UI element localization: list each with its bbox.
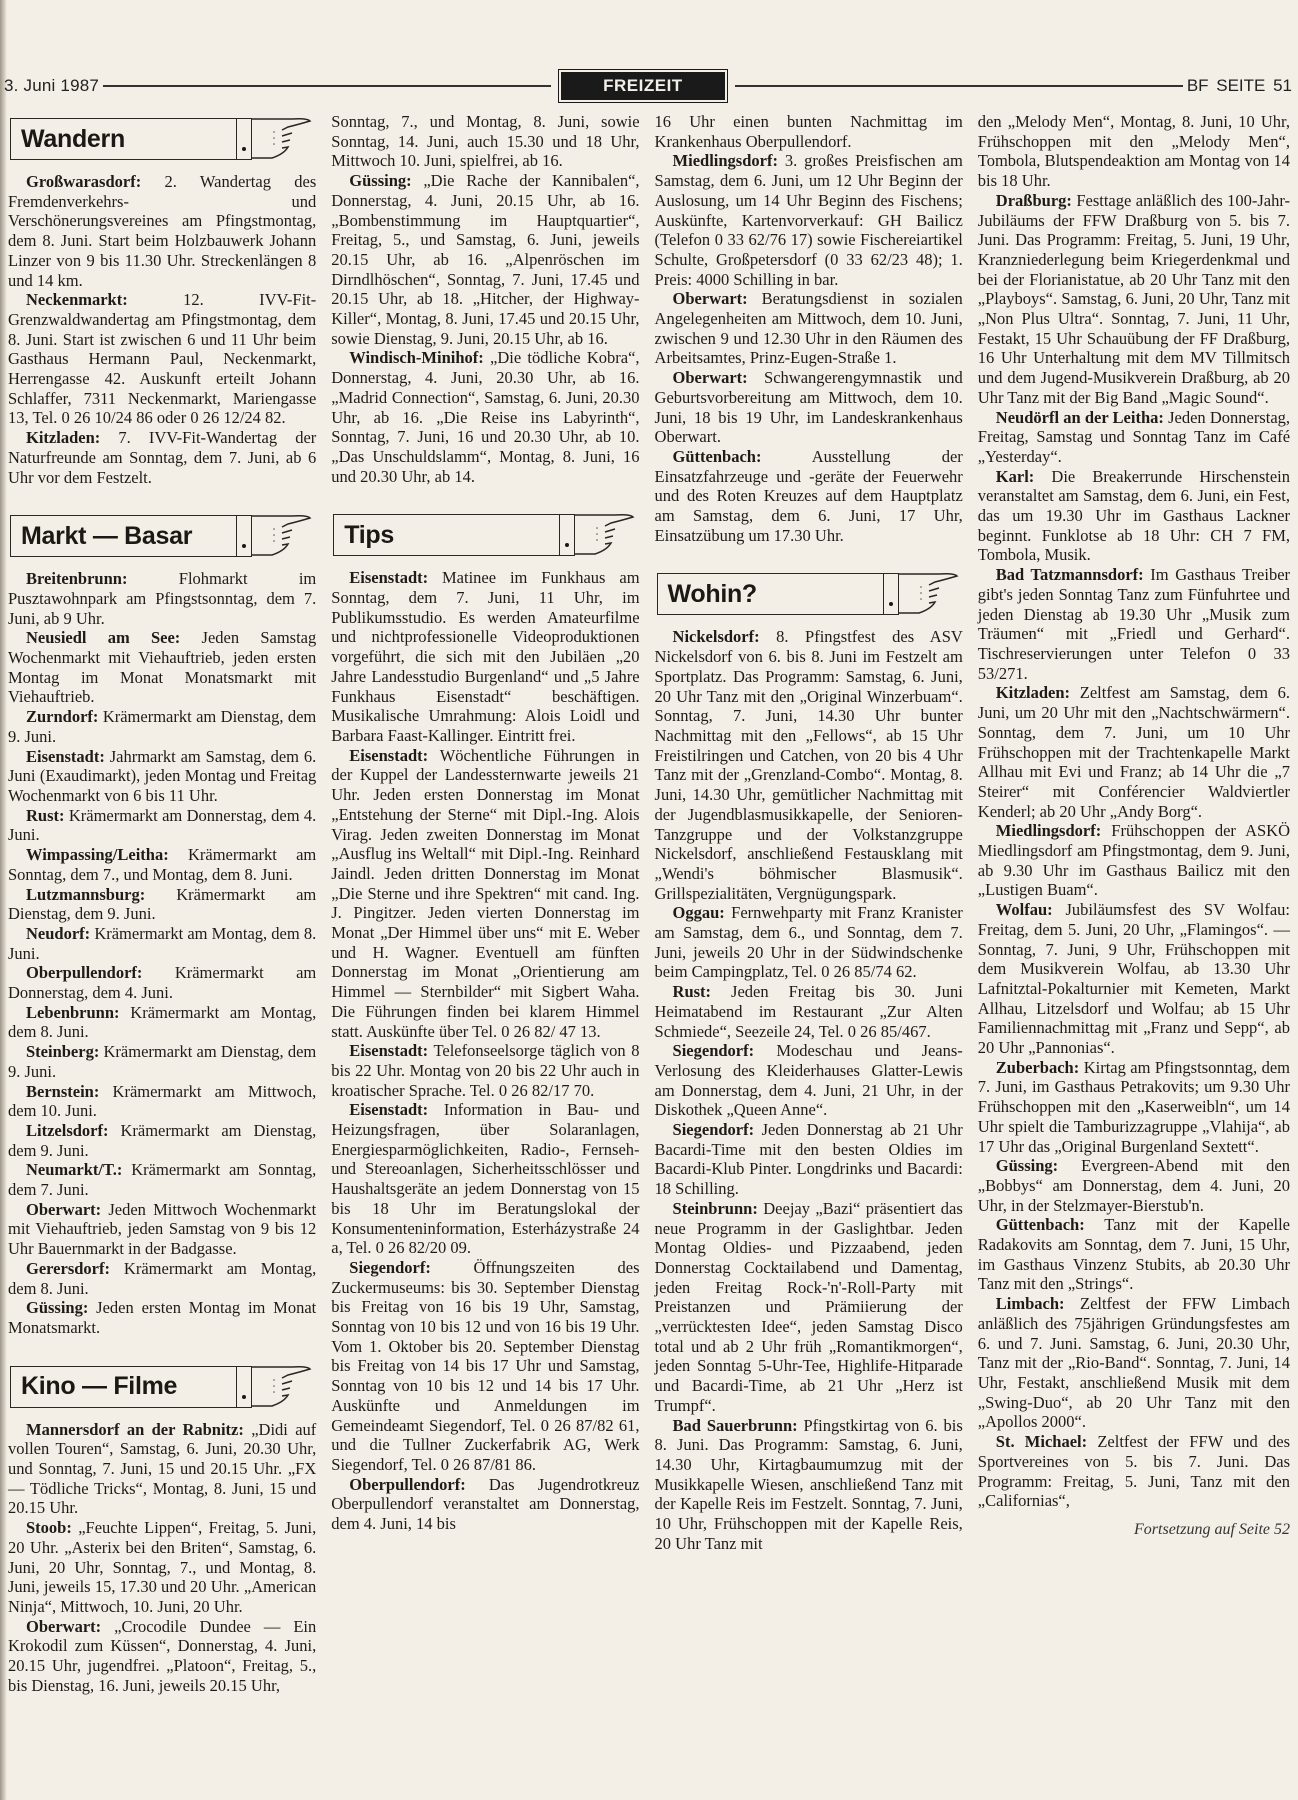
listing-place: Kitzladen: xyxy=(996,683,1070,702)
listing: Neudorf: Krämermarkt am Montag, dem 8. J… xyxy=(8,924,316,963)
listing: Oggau: Fernwehparty mit Franz Kranister … xyxy=(655,903,963,982)
listing-place: Zuberbach: xyxy=(996,1058,1079,1077)
listing: Siegendorf: Jeden Donnerstag ab 21 Uhr B… xyxy=(655,1120,963,1199)
listing: Oberpullendorf: Krämermarkt am Donnersta… xyxy=(8,963,316,1002)
listing-place: Güttenbach: xyxy=(673,447,762,466)
listing-place: Neudörfl an der Leitha: xyxy=(996,408,1164,427)
section-title: Wohin? xyxy=(657,573,883,615)
markt-list: Breitenbrunn: Flohmarkt im Pusztawohnpar… xyxy=(8,569,316,1337)
listing-text: Zeltfest am Samstag, dem 6. Juni, um 20 … xyxy=(978,683,1290,820)
listing: Eisenstadt: Matinee im Funkhaus am Sonnt… xyxy=(331,568,639,745)
listing-place: Eisenstadt: xyxy=(349,1100,428,1119)
spacer xyxy=(8,1338,316,1360)
section-header-wohin: Wohin? xyxy=(657,573,963,615)
listing-text: Pfingstkirtag von 6. bis 8. Juni. Das Pr… xyxy=(655,1416,963,1553)
listing-place: Güttenbach: xyxy=(996,1215,1085,1234)
finger-box xyxy=(236,1366,252,1408)
listing: Lebenbrunn: Krämermarkt am Montag, dem 8… xyxy=(8,1003,316,1042)
section-title: Markt — Basar xyxy=(10,515,236,557)
listing: Karl: Die Breakerrunde Hirschenstein ver… xyxy=(978,467,1290,566)
listing: Oberwart: Jeden Mittwoch Wochenmarkt mit… xyxy=(8,1200,316,1259)
listing-continuation: Sonntag, 7., und Montag, 8. Juni, sowie … xyxy=(331,112,639,171)
listing-place: Windisch-Minihof: xyxy=(349,348,483,367)
spacer xyxy=(331,486,639,508)
listing-place: Oberpullendorf: xyxy=(26,963,142,982)
listing: Zurndorf: Krämermarkt am Dienstag, dem 9… xyxy=(8,707,316,746)
listing-place: Bad Sauerbrunn: xyxy=(673,1416,798,1435)
listing-place: Miedlingsdorf: xyxy=(673,151,778,170)
column-4: den „Melody Men“, Montag, 8. Juni, 10 Uh… xyxy=(978,112,1290,1696)
article-columns: Wandern Großwarasdorf: 2. Wandertag des … xyxy=(8,112,1290,1696)
header-rule xyxy=(735,85,1183,87)
header-rule xyxy=(103,85,551,87)
issue-date: 3. Juni 1987 xyxy=(4,76,99,96)
listing: Neusiedl am See: Jeden Samstag Wochenmar… xyxy=(8,628,316,707)
listing: Mannersdorf an der Rabnitz: „Didi auf vo… xyxy=(8,1420,316,1519)
listing: Kitzladen: Zeltfest am Samstag, dem 6. J… xyxy=(978,683,1290,821)
listing-place: Lutzmannsburg: xyxy=(26,885,145,904)
listing: Güttenbach: Ausstellung der Einsatzfahrz… xyxy=(655,447,963,546)
listing-place: Oberwart: xyxy=(673,368,748,387)
listing: Wolfau: Jubiläumsfest des SV Wolfau: Fre… xyxy=(978,900,1290,1058)
listing-place: Güssing: xyxy=(349,171,411,190)
listing-text: „Die tödliche Kobra“, Donnerstag, 4. Jun… xyxy=(331,348,639,485)
listing-text: Öffnungszeiten des Zuckermuseums: bis 30… xyxy=(331,1258,639,1474)
listing-place: Kitzladen: xyxy=(26,428,100,447)
listing: Steinbrunn: Deejay „Bazi“ präsentiert da… xyxy=(655,1199,963,1416)
page-header: 3. Juni 1987 FREIZEIT BF SEITE 51 xyxy=(4,72,1292,100)
listing: Nickelsdorf: 8. Pfingstfest des ASV Nick… xyxy=(655,627,963,903)
listing-place: Litzelsdorf: xyxy=(26,1121,108,1140)
listing: Rust: Jeden Freitag bis 30. Juni Heimata… xyxy=(655,982,963,1041)
column-3: 16 Uhr einen bunten Nachmittag im Kranke… xyxy=(655,112,963,1696)
kino-list: Mannersdorf an der Rabnitz: „Didi auf vo… xyxy=(8,1420,316,1696)
listing: Eisenstadt: Information in Bau- und Heiz… xyxy=(331,1100,639,1258)
listing-place: Karl: xyxy=(996,467,1035,486)
column-1: Wandern Großwarasdorf: 2. Wandertag des … xyxy=(8,112,316,1696)
listing: Bernstein: Krämermarkt am Mittwoch, dem … xyxy=(8,1082,316,1121)
listing: Großwarasdorf: 2. Wandertag des Fremdenv… xyxy=(8,172,316,290)
listing: Eisenstadt: Wöchentliche Führungen in de… xyxy=(331,746,639,1042)
listing-continuation: den „Melody Men“, Montag, 8. Juni, 10 Uh… xyxy=(978,112,1290,191)
listing: Bad Tatzmannsdorf: Im Gasthaus Treiber g… xyxy=(978,565,1290,683)
section-header-kino: Kino — Filme xyxy=(10,1366,316,1408)
listing: Oberwart: „Crocodile Dundee — Ein Krokod… xyxy=(8,1617,316,1696)
listing-place: Siegendorf: xyxy=(673,1041,755,1060)
listing: Siegendorf: Modeschau und Jeans-Verlosun… xyxy=(655,1041,963,1120)
listing-place: Miedlingsdorf: xyxy=(996,821,1101,840)
listing-text: „Die Rache der Kannibalen“, Donnerstag, … xyxy=(331,171,639,348)
listing: Oberwart: Beratungsdienst in sozialen An… xyxy=(655,289,963,368)
listing-place: Oggau: xyxy=(673,903,725,922)
listing-place: Gerersdorf: xyxy=(26,1259,110,1278)
listing-place: Güssing: xyxy=(996,1156,1058,1175)
listing-text: Zeltfest der FFW Limbach anläßlich des 7… xyxy=(978,1294,1290,1431)
listing: Güttenbach: Tanz mit der Kapelle Radakov… xyxy=(978,1215,1290,1294)
listing-text: 3. großes Preisfischen am Samstag, dem 6… xyxy=(655,151,963,288)
listing-place: Mannersdorf an der Rabnitz: xyxy=(26,1420,244,1439)
listing-place: Siegendorf: xyxy=(673,1120,755,1139)
spacer xyxy=(655,545,963,567)
listing-place: Bad Tatzmannsdorf: xyxy=(996,565,1144,584)
listing: Zuberbach: Kirtag am Pfingstsonntag, dem… xyxy=(978,1058,1290,1157)
listing: Eisenstadt: Jahrmarkt am Samstag, dem 6.… xyxy=(8,747,316,806)
tips-list: Eisenstadt: Matinee im Funkhaus am Sonnt… xyxy=(331,568,639,1533)
listing-place: Wimpassing/Leitha: xyxy=(26,845,169,864)
listing: Lutzmannsburg: Krämermarkt am Dienstag, … xyxy=(8,885,316,924)
listing-place: Neudorf: xyxy=(26,924,90,943)
listing-place: Rust: xyxy=(673,982,712,1001)
listing: Limbach: Zeltfest der FFW Limbach anläßl… xyxy=(978,1294,1290,1432)
section-header-tips: Tips xyxy=(333,514,639,556)
pointing-hand-icon xyxy=(899,573,959,615)
listing-place: St. Michael: xyxy=(996,1432,1087,1451)
wohin-list: Nickelsdorf: 8. Pfingstfest des ASV Nick… xyxy=(655,627,963,1553)
section-header-wandern: Wandern xyxy=(10,118,316,160)
listing: Miedlingsdorf: 3. großes Preisfischen am… xyxy=(655,151,963,289)
listing-place: Neumarkt/T.: xyxy=(26,1160,122,1179)
listing-place: Siegendorf: xyxy=(349,1258,431,1277)
listing: Güssing: „Die Rache der Kannibalen“, Don… xyxy=(331,171,639,348)
column-2: Sonntag, 7., und Montag, 8. Juni, sowie … xyxy=(331,112,639,1696)
listing-place: Zurndorf: xyxy=(26,707,98,726)
pointing-hand-icon xyxy=(252,515,312,557)
page-binding-edge xyxy=(0,0,7,1800)
listing: Breitenbrunn: Flohmarkt im Pusztawohnpar… xyxy=(8,569,316,628)
listing-place: Lebenbrunn: xyxy=(26,1003,120,1022)
listing-place: Breitenbrunn: xyxy=(26,569,127,588)
listing-text: Matinee im Funkhaus am Sonntag, dem 7. J… xyxy=(331,568,639,745)
finger-box xyxy=(236,515,252,557)
listing-place: Steinbrunn: xyxy=(673,1199,758,1218)
listing: Neumarkt/T.: Krämermarkt am Sonntag, dem… xyxy=(8,1160,316,1199)
listing-place: Draßburg: xyxy=(996,191,1072,210)
listing-place: Wolfau: xyxy=(996,900,1053,919)
listing-place: Eisenstadt: xyxy=(26,747,105,766)
listing-text: 12. IVV-Fit-Grenzwaldwandertag am Pfings… xyxy=(8,290,316,427)
section-header-markt: Markt — Basar xyxy=(10,515,316,557)
spacer xyxy=(8,487,316,509)
section-title: Kino — Filme xyxy=(10,1366,236,1408)
pointing-hand-icon xyxy=(252,1366,312,1408)
listing-text: Deejay „Bazi“ präsentiert das neue Progr… xyxy=(655,1199,963,1415)
listing-text: Festtage anläßlich des 100-Jahr-Jubiläum… xyxy=(978,191,1290,407)
listing: Güssing: Evergreen-Abend mit den „Bobbys… xyxy=(978,1156,1290,1215)
section-title: Wandern xyxy=(10,118,236,160)
listing-place: Bernstein: xyxy=(26,1082,99,1101)
listing: Siegendorf: Öffnungszeiten des Zuckermus… xyxy=(331,1258,639,1475)
listing-place: Neusiedl am See: xyxy=(26,628,180,647)
listing-place: Oberpullendorf: xyxy=(349,1475,465,1494)
finger-box xyxy=(559,514,575,556)
listing-continuation: 16 Uhr einen bunten Nachmittag im Kranke… xyxy=(655,112,963,151)
listing: Rust: Krämermarkt am Donnerstag, dem 4. … xyxy=(8,806,316,845)
finger-box xyxy=(883,573,899,615)
listing: Eisenstadt: Telefonseelsorge täglich von… xyxy=(331,1041,639,1100)
listing-text: Information in Bau- und Heizungsfragen, … xyxy=(331,1100,639,1257)
listing: Neckenmarkt: 12. IVV-Fit-Grenzwaldwander… xyxy=(8,290,316,428)
listing-text: Wöchentliche Führungen in der Kuppel der… xyxy=(331,746,639,1041)
listing-place: Güssing: xyxy=(26,1298,88,1317)
listing: Steinberg: Krämermarkt am Dienstag, dem … xyxy=(8,1042,316,1081)
listing: Neudörfl an der Leitha: Jeden Donnerstag… xyxy=(978,408,1290,467)
listing-place: Stoob: xyxy=(26,1518,72,1537)
listing: Wimpassing/Leitha: Krämermarkt am Sonnta… xyxy=(8,845,316,884)
listing: Stoob: „Feuchte Lippen“, Freitag, 5. Jun… xyxy=(8,1518,316,1617)
pointing-hand-icon xyxy=(575,514,635,556)
listing: Windisch-Minihof: „Die tödliche Kobra“, … xyxy=(331,348,639,486)
listing-place: Eisenstadt: xyxy=(349,1041,428,1060)
continuation-note: Fortsetzung auf Seite 52 xyxy=(978,1521,1290,1539)
listing-place: Großwarasdorf: xyxy=(26,172,141,191)
wandern-list: Großwarasdorf: 2. Wandertag des Fremdenv… xyxy=(8,172,316,487)
listing: Kitzladen: 7. IVV-Fit-Wandertag der Natu… xyxy=(8,428,316,487)
listing-place: Limbach: xyxy=(996,1294,1065,1313)
page-number: BF SEITE 51 xyxy=(1187,76,1292,96)
listing: Oberwart: Schwangerengymnastik und Gebur… xyxy=(655,368,963,447)
listing-place: Steinberg: xyxy=(26,1042,99,1061)
pointing-hand-icon xyxy=(252,118,312,160)
listing-place: Rust: xyxy=(26,806,65,825)
listing-place: Nickelsdorf: xyxy=(673,627,760,646)
listing: St. Michael: Zeltfest der FFW und des Sp… xyxy=(978,1432,1290,1511)
listing-text: 8. Pfingstfest des ASV Nickelsdorf von 6… xyxy=(655,627,963,902)
listing: Draßburg: Festtage anläßlich des 100-Jah… xyxy=(978,191,1290,408)
listing-place: Eisenstadt: xyxy=(349,568,428,587)
section-title: Tips xyxy=(333,514,559,556)
listing-place: Eisenstadt: xyxy=(349,746,428,765)
listing-place: Oberwart: xyxy=(26,1200,101,1219)
listing-place: Oberwart: xyxy=(673,289,748,308)
listing: Gerersdorf: Krämermarkt am Montag, dem 8… xyxy=(8,1259,316,1298)
listing: Güssing: Jeden ersten Montag im Monat Mo… xyxy=(8,1298,316,1337)
listing: Bad Sauerbrunn: Pfingstkirtag von 6. bis… xyxy=(655,1416,963,1554)
listing-place: Oberwart: xyxy=(26,1617,101,1636)
listing: Litzelsdorf: Krämermarkt am Dienstag, de… xyxy=(8,1121,316,1160)
listing-text: Jubiläumsfest des SV Wolfau: Freitag, de… xyxy=(978,900,1290,1057)
listing-place: Neckenmarkt: xyxy=(26,290,128,309)
listing: Oberpullendorf: Das Jugendrotkreuz Oberp… xyxy=(331,1475,639,1534)
finger-box xyxy=(236,118,252,160)
listing: Miedlingsdorf: Frühschoppen der ASKÖ Mie… xyxy=(978,821,1290,900)
section-badge: FREIZEIT xyxy=(561,72,725,100)
